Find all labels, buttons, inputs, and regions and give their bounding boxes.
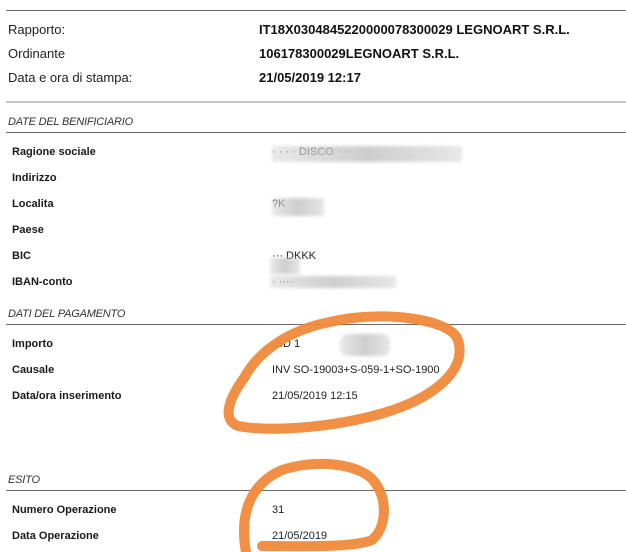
redaction-blur — [270, 276, 396, 288]
section-title: ESITO — [6, 472, 626, 488]
redaction-blur — [272, 198, 324, 216]
header-divider — [6, 101, 626, 103]
rapporto-value: IT18X0304845220000078300029 LEGNOART S.R… — [259, 18, 570, 42]
field-numero-operazione: Numero Operazione 31 — [6, 497, 626, 523]
ordinante-value: 106178300029LEGNOART S.R.L. — [259, 42, 459, 66]
field-value: INV SO-19003+S-059-1+SO-1900 — [272, 357, 440, 383]
field-value: 31 — [272, 497, 284, 523]
field-bic: BIC ··· DKKK — [6, 243, 626, 269]
field-data-operazione: Data Operazione 21/05/2019 — [6, 523, 626, 549]
report-header: Rapporto: IT18X0304845220000078300029 LE… — [8, 18, 626, 90]
section-title: DATI DEL PAGAMENTO — [6, 306, 626, 322]
top-divider — [6, 10, 626, 11]
field-label: Causale — [12, 357, 54, 383]
ordinante-label: Ordinante — [8, 42, 65, 66]
field-value: ·SD 1 — [272, 331, 300, 357]
section-title: DATE DEL BENIFICIARIO — [6, 114, 626, 130]
field-label: BIC — [12, 243, 31, 269]
field-label: Data Operazione — [12, 523, 99, 549]
field-indirizzo: Indirizzo — [6, 165, 626, 191]
field-label: Ragione sociale — [12, 139, 96, 165]
payment-section: DATI DEL PAGAMENTO Importo ·SD 1 Causale… — [6, 306, 626, 409]
field-label: Data/ora inserimento — [12, 383, 121, 409]
field-label: Localita — [12, 191, 54, 217]
field-data-inserimento: Data/ora inserimento 21/05/2019 12:15 — [6, 383, 626, 409]
redaction-blur — [272, 146, 462, 162]
field-label: Numero Operazione — [12, 497, 117, 523]
field-label: Importo — [12, 331, 53, 357]
field-value: 21/05/2019 — [272, 523, 327, 549]
redaction-blur — [270, 258, 300, 274]
rapporto-label: Rapporto: — [8, 18, 65, 42]
field-causale: Causale INV SO-19003+S-059-1+SO-1900 — [6, 357, 626, 383]
field-label: IBAN-conto — [12, 269, 73, 295]
outcome-section: ESITO Numero Operazione 31 Data Operazio… — [6, 472, 626, 549]
field-value: 21/05/2019 12:15 — [272, 383, 358, 409]
header-row-print-date: Data e ora di stampa: 21/05/2019 12:17 — [8, 66, 626, 90]
print-date-value: 21/05/2019 12:17 — [259, 66, 361, 90]
field-paese: Paese — [6, 217, 626, 243]
print-date-label: Data e ora di stampa: — [8, 66, 132, 90]
field-label: Indirizzo — [12, 165, 57, 191]
field-label: Paese — [12, 217, 44, 243]
header-row-ordinante: Ordinante 106178300029LEGNOART S.R.L. — [8, 42, 626, 66]
header-row-rapporto: Rapporto: IT18X0304845220000078300029 LE… — [8, 18, 626, 42]
field-importo: Importo ·SD 1 — [6, 331, 626, 357]
